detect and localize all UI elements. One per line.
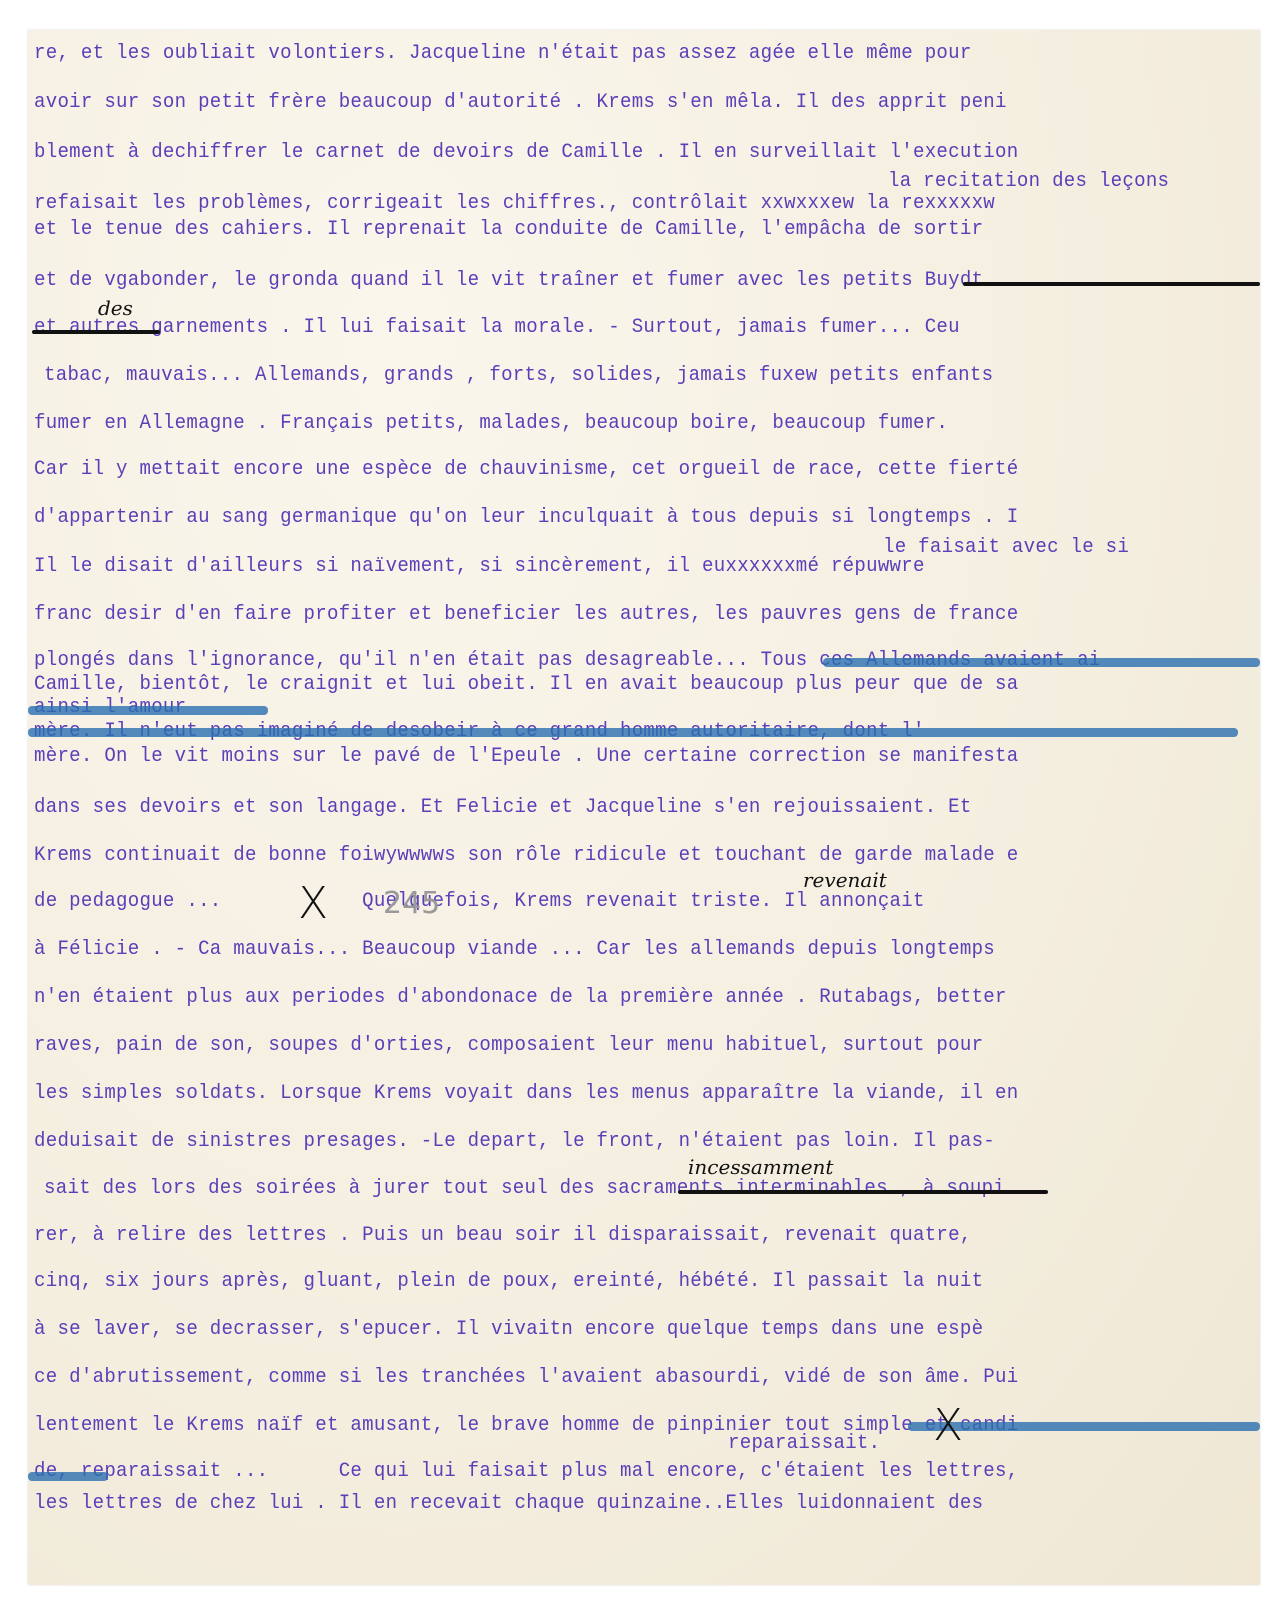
x-mark: X xyxy=(298,878,328,929)
handwritten-annotation: revenait xyxy=(803,868,887,892)
typed-line: refaisait les problèmes, corrigeait les … xyxy=(34,192,995,215)
strike-through xyxy=(28,1472,108,1481)
typed-line: fumer en Allemagne . Français petits, ma… xyxy=(34,412,948,435)
strike-through xyxy=(28,728,1238,737)
typed-line: de pedagogue ... Quelquefois, Krems reve… xyxy=(34,890,925,913)
typed-line: les simples soldats. Lorsque Krems voyai… xyxy=(34,1082,1018,1105)
typed-line: Camille, bientôt, le craignit et lui obe… xyxy=(34,673,1018,696)
typescript-page: re, et les oubliait volontiers. Jacqueli… xyxy=(28,30,1260,1585)
strike-through xyxy=(32,330,160,334)
typed-line: à Félicie . - Ca mauvais... Beaucoup via… xyxy=(34,938,995,961)
strike-through xyxy=(823,658,1260,667)
page-number: 245 xyxy=(383,886,440,921)
typed-line: et le tenue des cahiers. Il reprenait la… xyxy=(34,218,983,241)
typed-line: à se laver, se decrasser, s'epucer. Il v… xyxy=(34,1318,983,1341)
typed-line: avoir sur son petit frère beaucoup d'aut… xyxy=(34,91,1007,114)
typed-line: re, et les oubliait volontiers. Jacqueli… xyxy=(34,42,972,65)
typed-line: cinq, six jours après, gluant, plein de … xyxy=(34,1270,983,1293)
typed-line: sait des lors des soirées à jurer tout s… xyxy=(44,1177,1005,1200)
typed-line: blement à dechiffrer le carnet de devoir… xyxy=(34,141,1018,164)
typed-line: franc desir d'en faire profiter et benef… xyxy=(34,603,1018,626)
typed-line: la recitation des leçons xyxy=(888,170,1169,193)
x-mark: X xyxy=(933,1400,963,1451)
typed-line: de, reparaissait ... Ce qui lui faisait … xyxy=(34,1460,1018,1483)
typed-line: dans ses devoirs et son langage. Et Feli… xyxy=(34,796,972,819)
typed-line: ce d'abrutissement, comme si les tranché… xyxy=(34,1366,1018,1389)
typed-line: d'appartenir au sang germanique qu'on le… xyxy=(34,506,1018,529)
typed-line: et autres garnements . Il lui faisait la… xyxy=(34,316,960,339)
handwritten-annotation: incessamment xyxy=(688,1155,833,1179)
strike-through xyxy=(28,706,268,715)
strike-through xyxy=(963,282,1260,286)
strike-through xyxy=(678,1190,1048,1194)
typed-line: deduisait de sinistres presages. -Le dep… xyxy=(34,1130,995,1153)
typed-line: les lettres de chez lui . Il en recevait… xyxy=(34,1492,983,1515)
handwritten-annotation: des xyxy=(98,296,133,320)
typed-line: n'en étaient plus aux periodes d'abondon… xyxy=(34,986,1007,1009)
typed-line: Il le disait d'ailleurs si naïvement, si… xyxy=(34,555,925,578)
typed-line: Car il y mettait encore une espèce de ch… xyxy=(34,458,1018,481)
typed-line: rer, à relire des lettres . Puis un beau… xyxy=(34,1224,972,1247)
typed-line: reparaissait. xyxy=(728,1432,880,1455)
typed-line: et de vgabonder, le gronda quand il le v… xyxy=(34,269,983,292)
typed-line: Krems continuait de bonne foiwywwwws son… xyxy=(34,844,1018,867)
typed-line: raves, pain de son, soupes d'orties, com… xyxy=(34,1034,983,1057)
typed-line: mère. On le vit moins sur le pavé de l'E… xyxy=(34,745,1018,768)
typed-line: tabac, mauvais... Allemands, grands , fo… xyxy=(44,364,993,387)
